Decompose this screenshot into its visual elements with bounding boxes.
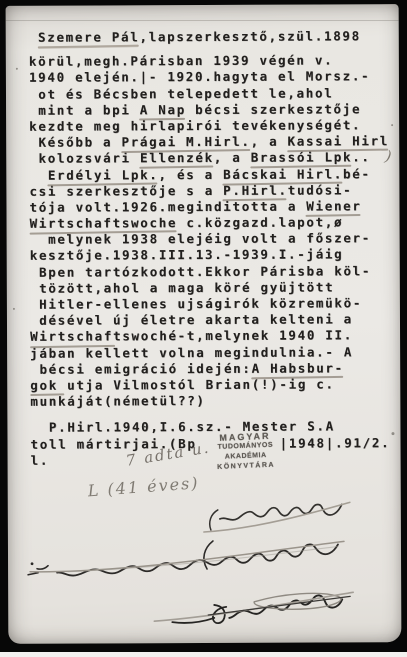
typed-line: tözött,ahol a maga köré gyüjtött [30, 279, 396, 297]
scribble-name-flourish [172, 605, 226, 623]
scribble-year-paren [210, 510, 218, 530]
scribble-long-paren [204, 541, 213, 569]
typewritten-text: Szemere Pál,lapszerkesztő,szül.1898 körü… [29, 28, 397, 468]
typed-line: körül,megh.Párisban 1939 végén v. [29, 52, 395, 70]
typed-line: désével új életre akarta kelteni a [30, 311, 396, 329]
scribble-long-tail [28, 566, 48, 575]
scribble-name-strike-dark [208, 596, 350, 615]
scribble-year-strike [204, 502, 350, 532]
typed-line: ot és Bécsben telepedett le,ahol [29, 85, 395, 103]
scribble-year-note [220, 504, 342, 520]
scribble-long-line [57, 544, 338, 575]
typed-line: kesztője.1938.III.13.-1939.I.-jáig [30, 247, 396, 265]
typed-line: Szemere Pál,lapszerkesztő,szül.1898 [29, 28, 395, 46]
scribble-long-dot [31, 562, 34, 565]
paper-crease [6, 20, 399, 21]
paper-speck [391, 432, 394, 435]
typed-line: munkáját(németül??) [30, 392, 396, 410]
scanned-card-image: Szemere Pál,lapszerkesztő,szül.1898 körü… [0, 0, 407, 657]
index-card: Szemere Pál,lapszerkesztő,szül.1898 körü… [6, 4, 402, 644]
scribble-name-strike-long [154, 592, 353, 621]
pencil-note-age: L (41 éves) [87, 473, 200, 500]
scribble-long-strike-2 [68, 546, 338, 571]
scanner-edge [0, 652, 407, 657]
scribble-name-lasso [254, 593, 341, 609]
paper-speck [16, 68, 18, 70]
typed-line: mint a bpi A Nap bécsi szerkesztője [29, 101, 395, 119]
typed-line: 1940 elején.|- 1920.hagyta el Morsz.- [29, 69, 395, 87]
typed-line: kezdte meg hirlapirói tevékenységét. [29, 117, 395, 135]
scribble-name-signature [229, 595, 342, 618]
paper-speck [391, 124, 393, 126]
scribble-long-strike [30, 541, 344, 571]
typed-line: gok utja Vilmostól Brian(!)-ig c. [30, 376, 396, 394]
typed-line: Wirtschaftswoché-t,melynek 1940 II. [30, 328, 396, 346]
typed-line: Wirtschaftswoche c.közgazd.lapot,ø [30, 214, 396, 232]
paper-speck [13, 308, 15, 310]
typed-line: Bpen tartózkodott.Ekkor Párisba köl- [30, 263, 396, 281]
typed-line: Hitler-ellenes ujságirók közremükö- [30, 295, 396, 313]
typed-line: tója volt.1926.meginditotta a Wiener [29, 198, 395, 216]
